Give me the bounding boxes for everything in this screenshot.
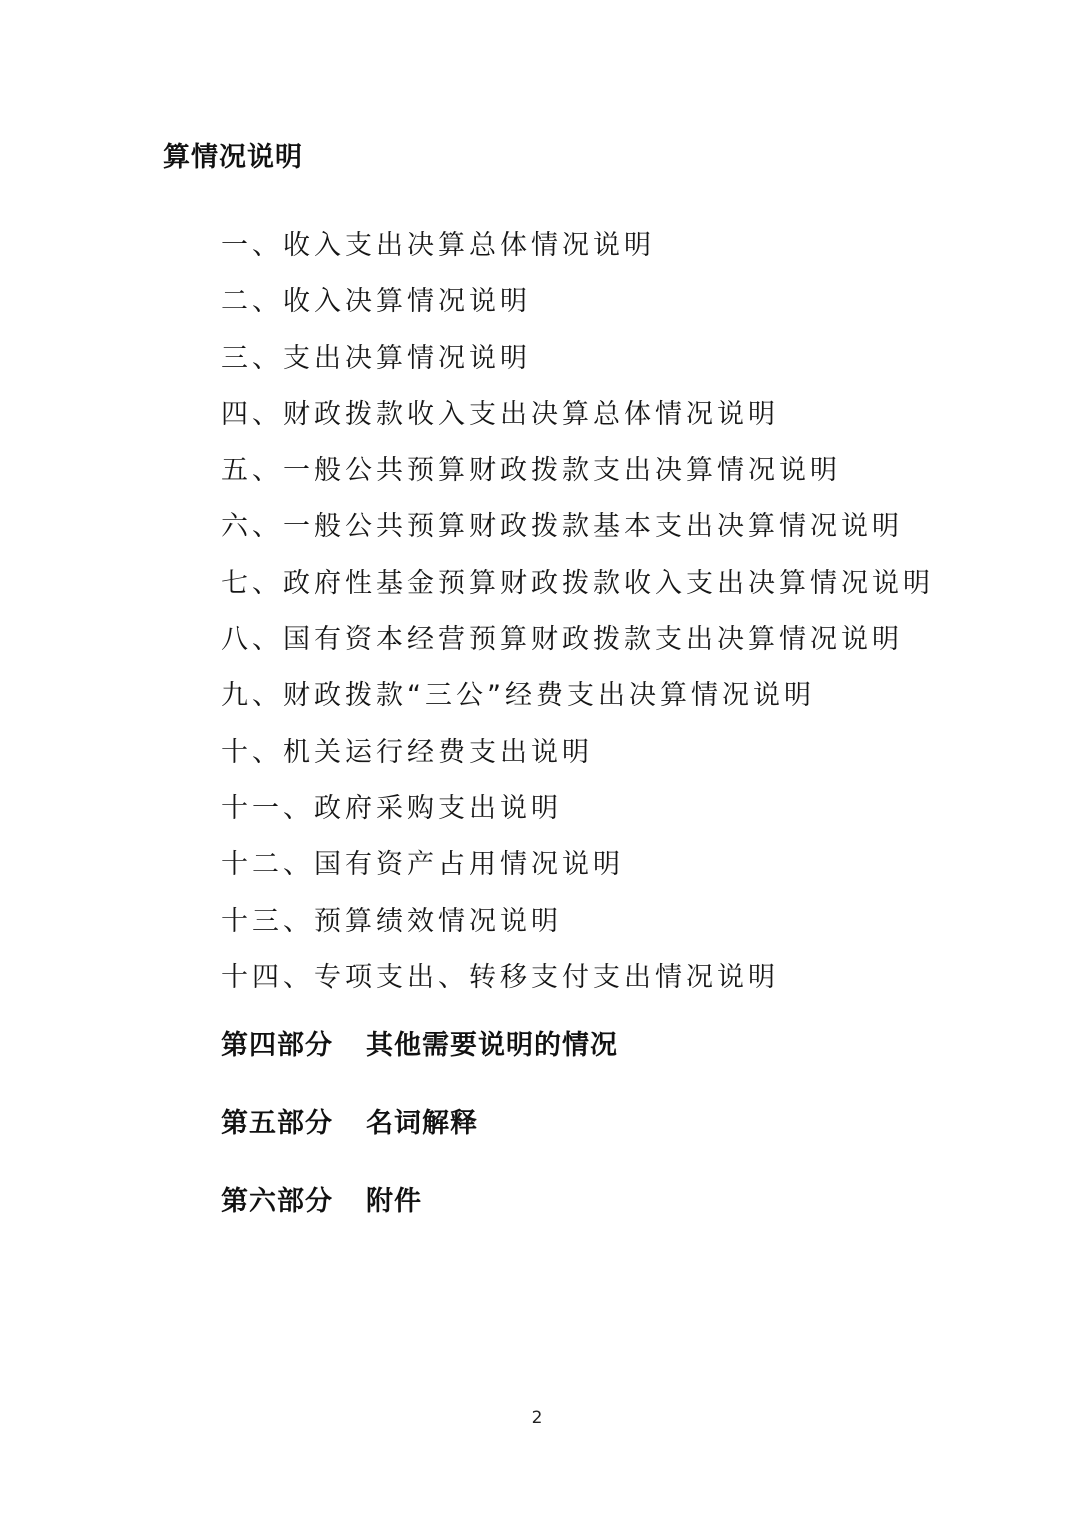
part-heading: 第五部分 名词解释 — [221, 1104, 618, 1182]
part-title: 附件 — [366, 1182, 422, 1260]
toc-item: 十四、专项支出、转移支付支出情况说明 — [221, 950, 934, 1006]
toc-item: 十一、政府采购支出说明 — [221, 781, 934, 837]
table-of-contents: 一、收入支出决算总体情况说明 二、收入决算情况说明 三、支出决算情况说明 四、财… — [221, 218, 934, 1006]
toc-item: 五、一般公共预算财政拨款支出决算情况说明 — [221, 443, 934, 499]
toc-item: 十、机关运行经费支出说明 — [221, 725, 934, 781]
section-heading: 算情况说明 — [163, 140, 303, 176]
toc-item: 十三、预算绩效情况说明 — [221, 894, 934, 950]
page-number: 2 — [0, 1408, 1074, 1428]
part-title: 名词解释 — [366, 1104, 478, 1182]
toc-item: 二、收入决算情况说明 — [221, 274, 934, 330]
part-number: 第四部分 — [221, 1026, 366, 1104]
part-heading: 第四部分 其他需要说明的情况 — [221, 1026, 618, 1104]
part-number: 第六部分 — [221, 1182, 366, 1260]
toc-item: 九、财政拨款“三公”经费支出决算情况说明 — [221, 668, 934, 724]
toc-item: 三、支出决算情况说明 — [221, 331, 934, 387]
part-headings: 第四部分 其他需要说明的情况 第五部分 名词解释 第六部分 附件 — [221, 1026, 618, 1260]
part-title: 其他需要说明的情况 — [366, 1026, 618, 1104]
toc-item: 七、政府性基金预算财政拨款收入支出决算情况说明 — [221, 556, 934, 612]
part-number: 第五部分 — [221, 1104, 366, 1182]
toc-item: 一、收入支出决算总体情况说明 — [221, 218, 934, 274]
toc-item: 八、国有资本经营预算财政拨款支出决算情况说明 — [221, 612, 934, 668]
part-heading: 第六部分 附件 — [221, 1182, 618, 1260]
toc-item: 四、财政拨款收入支出决算总体情况说明 — [221, 387, 934, 443]
toc-item: 六、一般公共预算财政拨款基本支出决算情况说明 — [221, 499, 934, 555]
toc-item: 十二、国有资产占用情况说明 — [221, 837, 934, 893]
